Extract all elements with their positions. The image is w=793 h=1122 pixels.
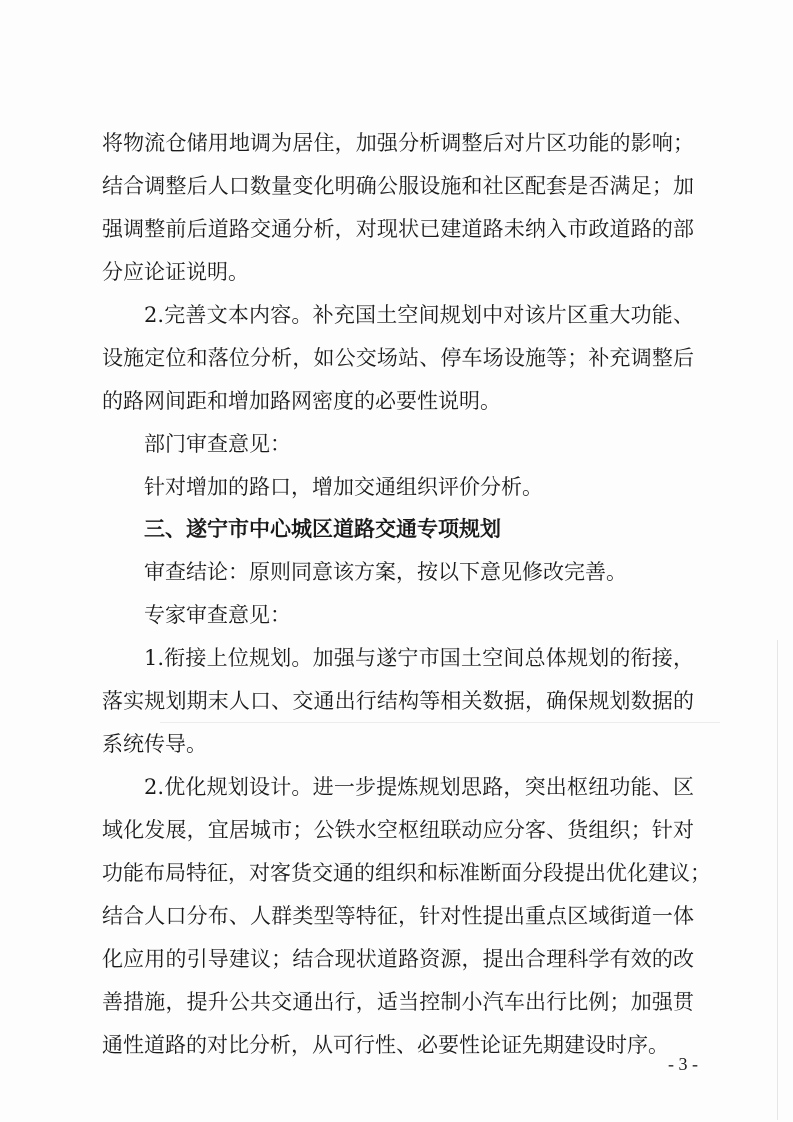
paragraph-line: 结合调整后人口数量变化明确公服设施和社区配套是否满足；加 (102, 172, 694, 200)
page-number: - 3 - (668, 1052, 698, 1076)
paragraph-line: 1.衔接上位规划。加强与遂宁市国土空间总体规划的衔接， (144, 644, 694, 672)
paragraph-line: 的路网间距和增加路网密度的必要性说明。 (102, 387, 694, 415)
paragraph-line: 化应用的引导建议；结合现状道路资源，提出合理科学有效的改 (102, 945, 694, 973)
paragraph-line: 结合人口分布、人群类型等特征，针对性提出重点区域街道一体 (102, 902, 694, 930)
paragraph-line: 善措施，提升公共交通出行，适当控制小汽车出行比例；加强贯 (102, 988, 694, 1016)
paragraph-line: 域化发展，宜居城市；公铁水空枢纽联动应分客、货组织；针对 (102, 816, 694, 844)
scan-artifact-line (777, 640, 778, 1120)
scan-artifact-line (160, 722, 720, 723)
section-label: 专家审查意见： (144, 601, 694, 629)
paragraph-line: 将物流仓储用地调为居住，加强分析调整后对片区功能的影响； (102, 129, 694, 157)
document-page: 将物流仓储用地调为居住，加强分析调整后对片区功能的影响； 结合调整后人口数量变化… (0, 0, 793, 1122)
section-heading: 三、遂宁市中心城区道路交通专项规划 (144, 515, 694, 543)
paragraph-line: 分应论证说明。 (102, 258, 694, 286)
paragraph-line: 强调整前后道路交通分析，对现状已建道路未纳入市政道路的部 (102, 215, 694, 243)
paragraph-line: 2.完善文本内容。补充国土空间规划中对该片区重大功能、 (144, 301, 694, 329)
paragraph-line: 针对增加的路口，增加交通组织评价分析。 (144, 473, 694, 501)
paragraph-line: 2.优化规划设计。进一步提炼规划思路，突出枢纽功能、区 (144, 773, 694, 801)
paragraph-line: 功能布局特征，对客货交通的组织和标准断面分段提出优化建议； (102, 859, 694, 887)
section-label: 部门审查意见： (144, 430, 694, 458)
paragraph-line: 系统传导。 (102, 730, 694, 758)
paragraph-line: 落实规划期末人口、交通出行结构等相关数据，确保规划数据的 (102, 687, 694, 715)
review-conclusion: 审查结论：原则同意该方案，按以下意见修改完善。 (144, 558, 694, 586)
paragraph-line: 设施定位和落位分析，如公交场站、停车场设施等；补充调整后 (102, 344, 694, 372)
paragraph-line: 通性道路的对比分析，从可行性、必要性论证先期建设时序。 (102, 1031, 694, 1059)
